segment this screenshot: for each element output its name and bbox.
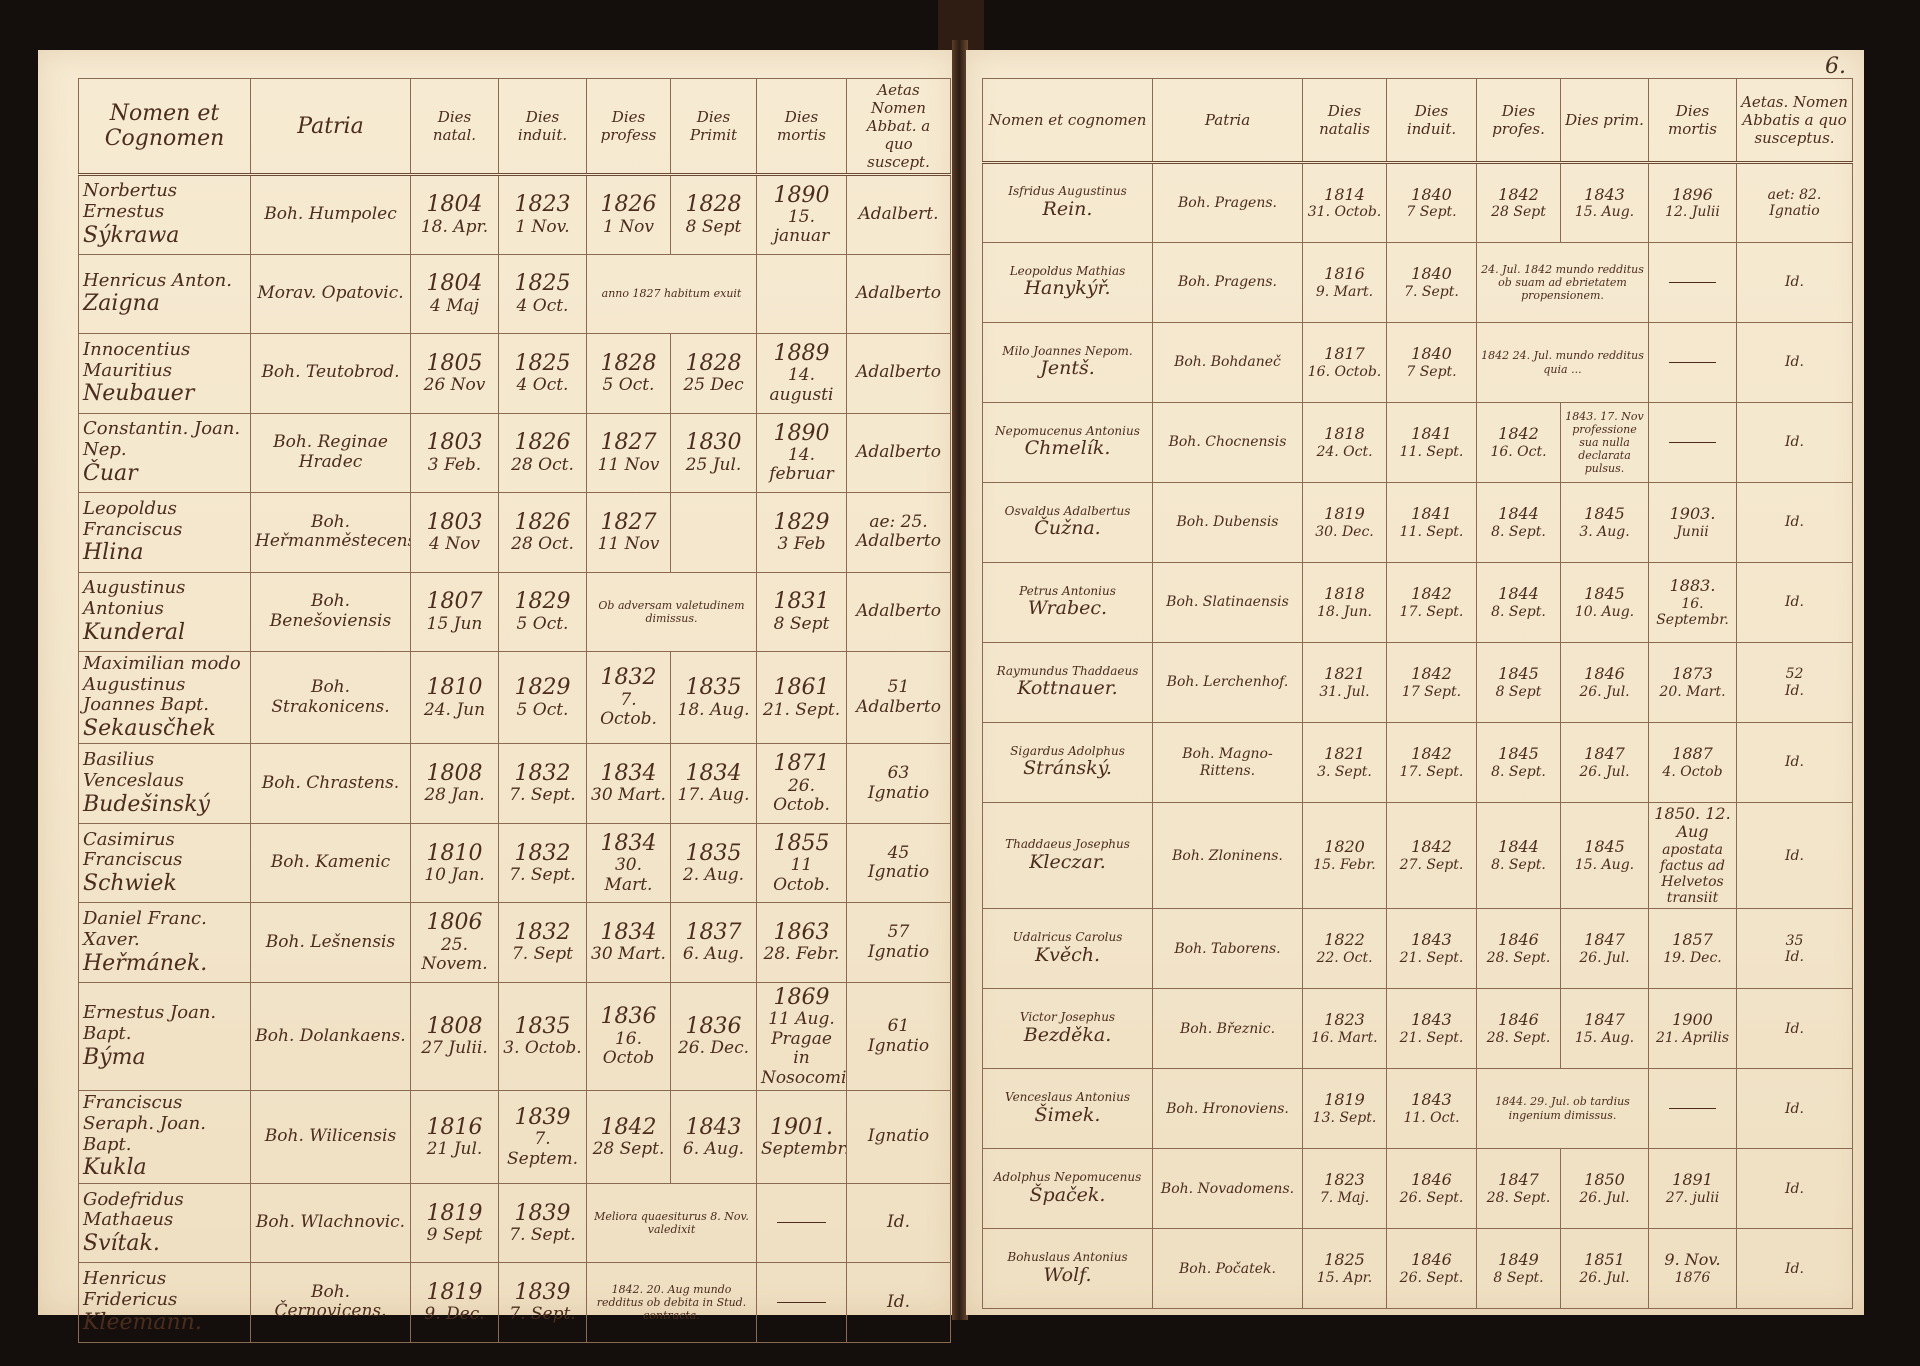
natal-day: 15. Apr. [1307, 1270, 1382, 1286]
mortis-cell [1649, 1069, 1737, 1149]
induit-year: 1842 [1391, 745, 1472, 763]
abbas-name: Id. [1741, 1101, 1848, 1117]
name-cell: Isfridus AugustinusRein. [983, 163, 1153, 243]
patria-cell: Boh. Kamenic [251, 823, 411, 903]
profess-cell: 182711 Nov [587, 413, 671, 493]
header-name: Nomen et cognomen [983, 79, 1153, 163]
profess-day: 28. Sept. [1481, 1190, 1556, 1206]
natal-year: 1806 [415, 910, 494, 935]
register-row: Godefridus MathaeusSvítak.Boh. Wlachnovi… [79, 1183, 951, 1263]
remark-cell: 1842. 20. Aug mundo redditus ob debita i… [587, 1263, 757, 1343]
name-cell: Casimirus FranciscusSchwiek [79, 823, 251, 903]
natal-day: 9 Sept [415, 1226, 494, 1246]
primit-year: 1835 [675, 675, 752, 700]
induit-year: 1832 [503, 761, 582, 786]
register-row: Thaddaeus JosephusKleczar.Boh. Zloninens… [983, 803, 1853, 909]
register-row: Venceslaus AntoniusŠimek.Boh. Hronoviens… [983, 1069, 1853, 1149]
name-cell: Raymundus ThaddaeusKottnauer. [983, 643, 1153, 723]
natal-cell: 182316. Mart. [1303, 989, 1387, 1069]
name-cell: Franciscus Seraph. Joan. Bapt.Kukla [79, 1091, 251, 1183]
induit-day: 4 Oct. [503, 376, 582, 396]
abbas-name: Ignatio [851, 943, 946, 963]
induit-cell: 18353. Octob. [499, 982, 587, 1090]
mortis-year: 1883. [1653, 577, 1732, 595]
primit-cell: 185126. Jul. [1561, 1229, 1649, 1309]
natal-cell: 181913. Sept. [1303, 1069, 1387, 1149]
given-names: Basilius Venceslaus [83, 750, 246, 791]
mortis-cell [1649, 323, 1737, 403]
induit-year: 1840 [1391, 345, 1472, 363]
abbas-cell: Id. [1737, 1229, 1853, 1309]
patria-value: Boh. Lešnensis [255, 933, 406, 953]
natal-year: 1819 [1307, 1091, 1382, 1109]
profess-year: 1834 [591, 831, 666, 856]
remark-cell: Meliora quaesiturus 8. Nov. valedixit [587, 1183, 757, 1263]
natal-year: 1818 [1307, 425, 1382, 443]
mortis-day: 19. Dec. [1653, 950, 1732, 966]
patria-cell: Boh. Černovicens. [251, 1263, 411, 1343]
aetas-value: 45 [851, 844, 946, 864]
mortis-cell: 185719. Dec. [1649, 909, 1737, 989]
surname: Budešinský [83, 792, 246, 817]
primit-day: 26. Jul. [1565, 684, 1644, 700]
natal-cell: 18237. Maj. [1303, 1149, 1387, 1229]
induit-day: 7 Sept. [1391, 204, 1472, 220]
induit-day: 28 Oct. [503, 535, 582, 555]
mortis-year: 1889 [761, 341, 842, 366]
natal-cell: 18213. Sept. [1303, 723, 1387, 803]
induit-day: 21. Sept. [1391, 1030, 1472, 1046]
primit-year: 1850 [1565, 1171, 1644, 1189]
profess-year: 1846 [1481, 931, 1556, 949]
mortis-year: 1850. 12. Aug [1653, 805, 1732, 842]
induit-year: 1839 [503, 1105, 582, 1130]
induit-year: 1842 [1391, 838, 1472, 856]
patria-value: Boh. Chrastens. [255, 774, 406, 794]
patria-cell: Boh. Zloninens. [1153, 803, 1303, 909]
patria-value: Boh. Benešoviensis [255, 592, 406, 631]
induit-cell: 18254 Oct. [499, 334, 587, 414]
register-row: Leopoldus MathiasHanykýř.Boh. Pragens.18… [983, 243, 1853, 323]
mortis-day: 8 Sept [761, 615, 842, 635]
abbas-cell: 63Ignatio [847, 744, 951, 824]
patria-value: Boh. Wilicensis [255, 1127, 406, 1147]
register-row: Osvaldus AdalbertusČužna.Boh. Dubensis18… [983, 483, 1853, 563]
natal-year: 1825 [1307, 1251, 1382, 1269]
natal-day: 4 Nov [415, 535, 494, 555]
natal-day: 9. Dec. [415, 1305, 494, 1325]
patria-cell: Boh. Novadomens. [1153, 1149, 1303, 1229]
primit-year: 1847 [1565, 931, 1644, 949]
induit-cell: 184321. Sept. [1387, 989, 1477, 1069]
patria-value: Boh. Slatinaensis [1157, 594, 1298, 610]
remark-cell: Ob adversam valetudinem dimissus. [587, 572, 757, 652]
profess-day: 8. Sept. [1481, 857, 1556, 873]
induit-day: 27. Sept. [1391, 857, 1472, 873]
abbas-cell: 35Id. [1737, 909, 1853, 989]
abbas-cell: Id. [1737, 1149, 1853, 1229]
dash-mark [1669, 282, 1716, 283]
natal-year: 1808 [415, 1014, 494, 1039]
natal-year: 1805 [415, 351, 494, 376]
given-names: Constantin. Joan. Nep. [83, 419, 246, 460]
natal-cell: 181621 Jul. [411, 1091, 499, 1183]
profess-cell: 183430. Mart. [587, 823, 671, 903]
induit-day: 11. Sept. [1391, 524, 1472, 540]
primit-cell: 183518. Aug. [671, 652, 757, 744]
abbas-cell: Id. [1737, 483, 1853, 563]
header-profess: Dies profess [587, 79, 671, 175]
natal-year: 1816 [415, 1115, 494, 1140]
patria-cell: Morav. Opatovic. [251, 254, 411, 334]
profess-day: 1 Nov [591, 218, 666, 238]
remark-cell: anno 1827 habitum exuit [587, 254, 757, 334]
primit-day: 25 Jul. [675, 456, 752, 476]
mortis-year: 1871 [761, 751, 842, 776]
remark-text: 1844. 29. Jul. ob tardius ingenium dimis… [1481, 1095, 1644, 1121]
given-names: Petrus Antonius [987, 585, 1148, 599]
patria-value: Boh. Bohdaneč [1157, 354, 1298, 370]
profess-day: 16. Octob [591, 1030, 666, 1069]
mortis-year: 1831 [761, 589, 842, 614]
patria-value: Boh. Počatek. [1157, 1261, 1298, 1277]
header-induit: Dies induit. [1387, 79, 1477, 163]
mortis-cell [757, 1183, 847, 1263]
patria-cell: Boh. Teutobrod. [251, 334, 411, 414]
natal-cell: 182015. Febr. [1303, 803, 1387, 909]
primit-year: 1845 [1565, 585, 1644, 603]
patria-cell: Boh. Počatek. [1153, 1229, 1303, 1309]
abbas-cell: ae: 25.Adalberto [847, 493, 951, 573]
name-cell: Godefridus MathaeusSvítak. [79, 1183, 251, 1263]
induit-cell: 18327. Sept. [499, 744, 587, 824]
primit-day: 26. Jul. [1565, 1190, 1644, 1206]
induit-year: 1843 [1391, 1091, 1472, 1109]
mortis-year: 9. Nov. [1653, 1251, 1732, 1269]
patria-cell: Boh. Lešnensis [251, 903, 411, 983]
given-names: Adolphus Nepomucenus [987, 1171, 1148, 1185]
profess-day: 30 Mart. [591, 786, 666, 806]
surname: Bezděka. [987, 1025, 1148, 1047]
profess-day: 7. Octob. [591, 691, 666, 730]
name-cell: Ernestus Joan. Bapt.Býma [79, 982, 251, 1090]
mortis-day: 12. Julii [1653, 204, 1732, 220]
surname: Wolf. [987, 1265, 1148, 1287]
abbas-cell: Id. [1737, 1069, 1853, 1149]
abbas-name: Adalberto [851, 284, 946, 304]
profess-day: 28. Sept. [1481, 1030, 1556, 1046]
name-cell: Sigardus AdolphusStránský. [983, 723, 1153, 803]
profess-cell: 18285 Oct. [587, 334, 671, 414]
surname: Kunderal [83, 620, 246, 645]
induit-year: 1840 [1391, 186, 1472, 204]
natal-year: 1810 [415, 675, 494, 700]
induit-year: 1842 [1391, 665, 1472, 683]
mortis-cell: 186328. Febr. [757, 903, 847, 983]
patria-cell: Boh. Wilicensis [251, 1091, 411, 1183]
natal-cell: 180827 Julii. [411, 982, 499, 1090]
mortis-cell: 189612. Julii [1649, 163, 1737, 243]
patria-value: Boh. Pragens. [1157, 274, 1298, 290]
patria-value: Boh. Kamenic [255, 853, 406, 873]
induit-day: 3. Octob. [503, 1039, 582, 1059]
natal-day: 7. Maj. [1307, 1190, 1382, 1206]
profess-year: 1846 [1481, 1011, 1556, 1029]
header-abbas: Aetas Nomen Abbat. a quo suscept. [847, 79, 951, 175]
natal-year: 1816 [1307, 265, 1382, 283]
natal-cell: 180526 Nov [411, 334, 499, 414]
aetas-value: aet: 82. [1741, 187, 1848, 203]
natal-day: 15. Febr. [1307, 857, 1382, 873]
primit-cell: 184715. Aug. [1561, 989, 1649, 1069]
induit-cell: 18327. Sept [499, 903, 587, 983]
abbas-name: Ignatio [851, 1037, 946, 1057]
register-row: Adolphus NepomucenusŠpaček.Boh. Novadome… [983, 1149, 1853, 1229]
mortis-cell: 188914. augusti [757, 334, 847, 414]
profess-year: 1828 [591, 351, 666, 376]
profess-day: 11 Nov [591, 535, 666, 555]
profess-year: 1832 [591, 665, 666, 690]
natal-year: 1821 [1307, 745, 1382, 763]
remark-text: 1842. 20. Aug mundo redditus ob debita i… [591, 1283, 752, 1323]
given-names: Norbertus Ernestus [83, 181, 246, 222]
profess-cell: 183616. Octob [587, 982, 671, 1090]
natal-day: 3. Sept. [1307, 764, 1382, 780]
natal-day: 22. Oct. [1307, 950, 1382, 966]
primit-year: 1851 [1565, 1251, 1644, 1269]
right-page: 6. Nomen et cognomen Patria Dies natalis… [966, 50, 1864, 1315]
natal-year: 1819 [415, 1201, 494, 1226]
mortis-day: Junii [1653, 524, 1732, 540]
dash-mark [777, 1222, 826, 1223]
primit-cell: 184626. Jul. [1561, 643, 1649, 723]
remark-text: Meliora quaesiturus 8. Nov. valedixit [591, 1210, 752, 1236]
primit-day: 15. Aug. [1565, 857, 1644, 873]
header-name: Nomen et Cognomen [79, 79, 251, 175]
mortis-cell: 185511 Octob. [757, 823, 847, 903]
register-row: Maximilian modo Augustinus Joannes Bapt.… [79, 652, 951, 744]
mortis-year: 1863 [761, 920, 842, 945]
primit-day: 15. Aug. [1565, 204, 1644, 220]
profess-cell: 184628. Sept. [1477, 989, 1561, 1069]
induit-year: 1832 [503, 920, 582, 945]
natal-year: 1823 [1307, 1011, 1382, 1029]
abbas-cell: Adalbert. [847, 175, 951, 255]
remark-cell: 1843. 17. Nov professione sua nulla decl… [1561, 403, 1649, 483]
natal-year: 1804 [415, 192, 494, 217]
profess-cell: 18458. Sept. [1477, 723, 1561, 803]
natal-year: 1821 [1307, 665, 1382, 683]
primit-day: 17. Aug. [675, 786, 752, 806]
register-row: Nepomucenus AntoniusChmelík.Boh. Chocnen… [983, 403, 1853, 483]
name-cell: Daniel Franc. Xaver.Heřmánek. [79, 903, 251, 983]
induit-day: 28 Oct. [503, 456, 582, 476]
natal-day: 24. Jun [415, 701, 494, 721]
profess-year: 1844 [1481, 838, 1556, 856]
profess-cell: 184216. Oct. [1477, 403, 1561, 483]
name-cell: Maximilian modo Augustinus Joannes Bapt.… [79, 652, 251, 744]
surname: Rein. [987, 199, 1148, 221]
mortis-day: 20. Mart. [1653, 684, 1732, 700]
profess-day: 8 Sept [1481, 684, 1556, 700]
name-cell: Norbertus ErnestusSýkrawa [79, 175, 251, 255]
natal-year: 1819 [1307, 505, 1382, 523]
natal-day: 26 Nov [415, 376, 494, 396]
surname: Býma [83, 1045, 246, 1070]
profess-year: 1834 [591, 920, 666, 945]
profess-year: 1842 [591, 1115, 666, 1140]
primit-cell: 18453. Aug. [1561, 483, 1649, 563]
induit-cell: 18407 Sept. [1387, 323, 1477, 403]
induit-year: 1826 [503, 430, 582, 455]
header-mortis: Dies mortis [1649, 79, 1737, 163]
aetas-value: ae: 25. [851, 513, 946, 533]
induit-cell: 184227. Sept. [1387, 803, 1477, 909]
name-cell: Leopoldus FranciscusHlina [79, 493, 251, 573]
induit-cell: 18397. Sept. [499, 1263, 587, 1343]
natal-year: 1819 [415, 1280, 494, 1305]
mortis-day: 11 Octob. [761, 856, 842, 895]
mortis-cell [757, 1263, 847, 1343]
natal-day: 25. Novem. [415, 936, 494, 975]
natal-cell: 181010 Jan. [411, 823, 499, 903]
induit-year: 1825 [503, 271, 582, 296]
register-row: Constantin. Joan. Nep.ČuarBoh. Reginae H… [79, 413, 951, 493]
profess-day: 28 Sept. [591, 1140, 666, 1160]
patria-value: Boh. Reginae Hradec [255, 433, 406, 472]
natal-cell: 182131. Jul. [1303, 643, 1387, 723]
patria-cell: Boh. Slatinaensis [1153, 563, 1303, 643]
induit-cell: 182628 Oct. [499, 493, 587, 573]
mortis-cell: 189014. februar [757, 413, 847, 493]
name-cell: Augustinus AntoniusKunderal [79, 572, 251, 652]
given-names: Augustinus Antonius [83, 578, 246, 619]
patria-cell: Boh. Pragens. [1153, 163, 1303, 243]
profess-cell: 18327. Octob. [587, 652, 671, 744]
aetas-value: 57 [851, 923, 946, 943]
header-induit: Dies induit. [499, 79, 587, 175]
mortis-day: 27. julii [1653, 1190, 1732, 1206]
given-names: Franciscus Seraph. Joan. Bapt. [83, 1093, 246, 1155]
given-names: Ernestus Joan. Bapt. [83, 1003, 246, 1044]
primit-cell: 18288 Sept [671, 175, 757, 255]
remark-text: 24. Jul. 1842 mundo redditus ob suam ad … [1481, 263, 1644, 303]
mortis-day: 1876 [1653, 1270, 1732, 1286]
mortis-cell: 187320. Mart. [1649, 643, 1737, 723]
induit-cell: 184311. Oct. [1387, 1069, 1477, 1149]
natal-year: 1804 [415, 271, 494, 296]
induit-cell: 18397. Septem. [499, 1091, 587, 1183]
register-row: Henricus Anton.ZaignaMorav. Opatovic.180… [79, 254, 951, 334]
abbas-name: Ignatio [851, 784, 946, 804]
register-row: Basilius VenceslausBudešinskýBoh. Chrast… [79, 744, 951, 824]
mortis-year: 1900 [1653, 1011, 1732, 1029]
natal-year: 1808 [415, 761, 494, 786]
patria-value: Boh. Magno-Rittens. [1157, 746, 1298, 778]
given-names: Casimirus Franciscus [83, 830, 246, 871]
given-names: Venceslaus Antonius [987, 1091, 1148, 1105]
primit-year: 1828 [675, 351, 752, 376]
surname: Kleczar. [987, 852, 1148, 874]
mortis-cell: 1903.Junii [1649, 483, 1737, 563]
mortis-day: 26. Octob. [761, 777, 842, 816]
natal-year: 1817 [1307, 345, 1382, 363]
natal-cell: 181818. Jun. [1303, 563, 1387, 643]
patria-cell: Boh. Chrastens. [251, 744, 411, 824]
profess-day: 16. Oct. [1481, 444, 1556, 460]
induit-year: 1823 [503, 192, 582, 217]
register-row: Leopoldus FranciscusHlinaBoh. Heřmanměst… [79, 493, 951, 573]
primit-day: 6. Aug. [675, 1140, 752, 1160]
abbas-cell: Id. [1737, 403, 1853, 483]
primit-year: 1837 [675, 920, 752, 945]
abbas-cell: Id. [1737, 243, 1853, 323]
mortis-year: 1861 [761, 675, 842, 700]
patria-cell: Boh. Březnic. [1153, 989, 1303, 1069]
primit-year: 1846 [1565, 665, 1644, 683]
abbas-name: Ignatio [851, 1127, 946, 1147]
natal-cell: 181930. Dec. [1303, 483, 1387, 563]
profess-cell: 18498 Sept. [1477, 1229, 1561, 1309]
induit-cell: 18295 Oct. [499, 572, 587, 652]
induit-cell: 184626. Sept. [1387, 1229, 1477, 1309]
induit-day: 7. Septem. [503, 1130, 582, 1169]
register-row: Ernestus Joan. Bapt.BýmaBoh. Dolankaens.… [79, 982, 951, 1090]
patria-cell: Boh. Lerchenhof. [1153, 643, 1303, 723]
surname: Špaček. [987, 1185, 1148, 1207]
mortis-year: 1829 [761, 510, 842, 535]
name-cell: Osvaldus AdalbertusČužna. [983, 483, 1153, 563]
patria-value: Boh. Zloninens. [1157, 848, 1298, 864]
induit-day: 7 Sept. [1391, 364, 1472, 380]
given-names: Bohuslaus Antonius [987, 1251, 1148, 1265]
profess-year: 1827 [591, 430, 666, 455]
primit-year: 1847 [1565, 745, 1644, 763]
profess-cell: 184228 Sept. [587, 1091, 671, 1183]
mortis-day: 21. Aprilis [1653, 1030, 1732, 1046]
abbas-cell: Adalberto [847, 413, 951, 493]
patria-value: Boh. Teutobrod. [255, 363, 406, 383]
profess-year: 1845 [1481, 665, 1556, 683]
aetas-value: 63 [851, 764, 946, 784]
abbas-cell: 51Adalberto [847, 652, 951, 744]
surname: Šimek. [987, 1105, 1148, 1127]
abbas-name: Adalberto [851, 363, 946, 383]
surname: Chmelík. [987, 438, 1148, 460]
name-cell: Henricus Anton.Zaigna [79, 254, 251, 334]
primit-cell: 18352. Aug. [671, 823, 757, 903]
natal-day: 21 Jul. [415, 1140, 494, 1160]
primit-cell: 18436. Aug. [671, 1091, 757, 1183]
name-cell: Bohuslaus AntoniusWolf. [983, 1229, 1153, 1309]
right-header-row: Nomen et cognomen Patria Dies natalis Di… [983, 79, 1853, 163]
patria-value: Boh. Hronoviens. [1157, 1101, 1298, 1117]
profess-cell: 184228 Sept [1477, 163, 1561, 243]
abbas-name: Id. [1741, 1261, 1848, 1277]
induit-cell: 18397. Sept. [499, 1183, 587, 1263]
patria-value: Boh. Heřmanměstecens. [255, 513, 406, 552]
abbas-name: Id. [1741, 848, 1848, 864]
mortis-cell: 189127. julii [1649, 1149, 1737, 1229]
profess-year: 1844 [1481, 585, 1556, 603]
abbas-name: Ignatio [1741, 203, 1848, 219]
natal-cell: 18033 Feb. [411, 413, 499, 493]
profess-day: 8. Sept. [1481, 764, 1556, 780]
abbas-name: Adalberto [851, 443, 946, 463]
name-cell: Innocentius MauritiusNeubauer [79, 334, 251, 414]
surname: Hlina [83, 540, 246, 565]
abbas-name: Adalberto [851, 698, 946, 718]
